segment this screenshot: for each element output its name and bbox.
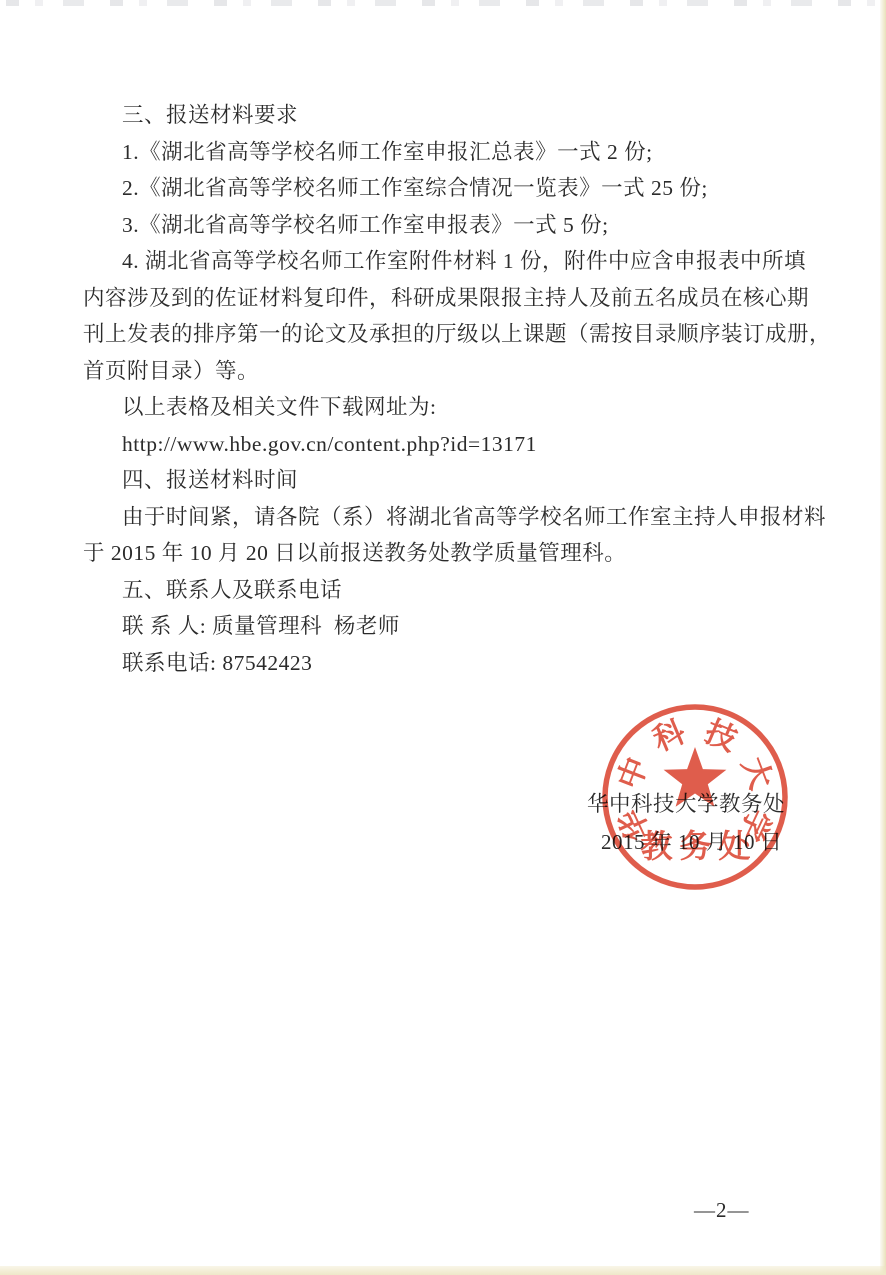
- document-page: { "page": { "background_color": "#ffffff…: [0, 0, 886, 1275]
- section-heading-3: 三、报送材料要求: [83, 97, 828, 134]
- scan-ghost-text-top: [6, 0, 876, 6]
- seal-arc-char: 大: [735, 752, 779, 793]
- doc-line: 3.《湖北省高等学校名师工作室申报表》一式 5 份;: [83, 207, 828, 244]
- doc-line: 1.《湖北省高等学校名师工作室申报汇总表》一式 2 份;: [83, 134, 828, 171]
- seal-arc-char: 中: [611, 752, 655, 793]
- scan-edge-bottom: [0, 1266, 886, 1275]
- signature-org: 华中科技大学教务处: [587, 794, 785, 816]
- section-heading-4: 四、报送材料时间: [83, 462, 828, 499]
- contact-phone-line: 联系电话: 87542423: [83, 645, 828, 682]
- signature-date: 2015 年 10 月 10 日: [601, 832, 782, 853]
- doc-line: 以上表格及相关文件下载网址为:: [83, 389, 828, 426]
- section-heading-5: 五、联系人及联系电话: [83, 572, 828, 609]
- doc-line: 内容涉及到的佐证材料复印件，科研成果限报主持人及前五名成员在核心期: [83, 280, 828, 317]
- doc-line: 于 2015 年 10 月 20 日以前报送教务处教学质量管理科。: [83, 535, 828, 572]
- seal-arc-char: 技: [700, 714, 742, 758]
- contact-person-line: 联 系 人: 质量管理科 杨老师: [83, 608, 828, 645]
- scan-edge-right: [880, 0, 886, 1275]
- doc-line: 4. 湖北省高等学校名师工作室附件材料 1 份，附件中应含申报表中所填: [83, 243, 828, 280]
- doc-line: 首页附目录）等。: [83, 353, 828, 390]
- seal-arc-char: 科: [648, 714, 690, 758]
- doc-line: 由于时间紧，请各院（系）将湖北省高等学校名师工作室主持人申报材料: [83, 499, 828, 536]
- body-text: 三、报送材料要求 1.《湖北省高等学校名师工作室申报汇总表》一式 2 份; 2.…: [83, 97, 828, 681]
- doc-line: 刊上发表的排序第一的论文及承担的厅级以上课题（需按目录顺序装订成册，: [83, 316, 828, 353]
- doc-line: 2.《湖北省高等学校名师工作室综合情况一览表》一式 25 份;: [83, 170, 828, 207]
- page-number: —2—: [694, 1200, 750, 1221]
- download-url: http://www.hbe.gov.cn/content.php?id=131…: [83, 426, 828, 463]
